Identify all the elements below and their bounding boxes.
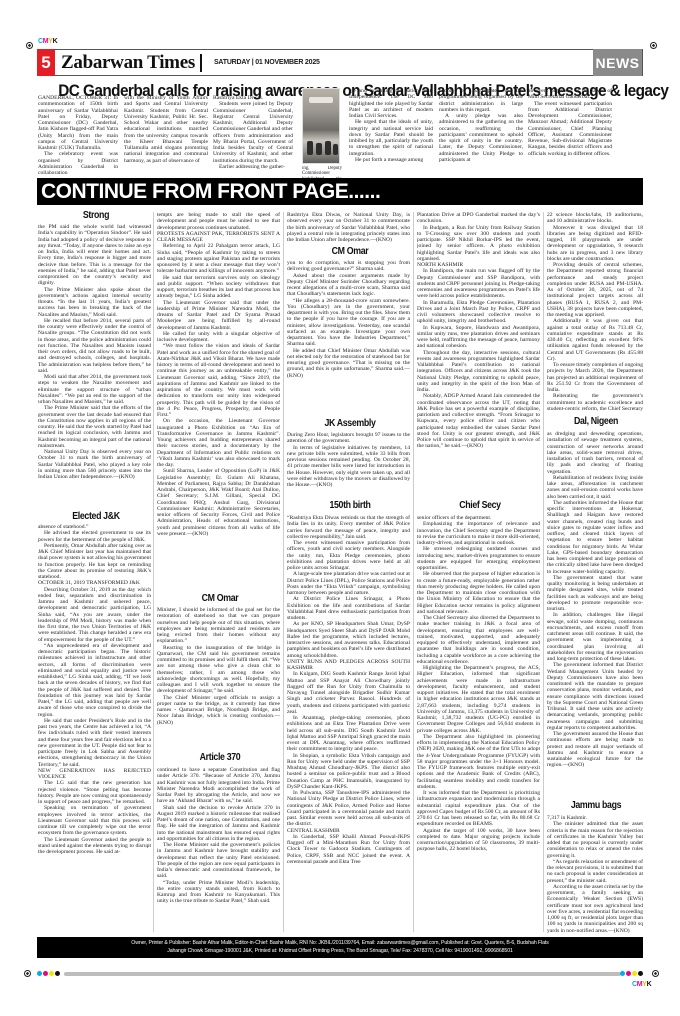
paragraph: Speaking on termination of government em… bbox=[38, 805, 151, 836]
paragraph: GANDERBAL, OCTOBER 31: In commemoration … bbox=[38, 95, 118, 151]
lead-story-col-1: GANDERBAL, OCTOBER 31: In commemoration … bbox=[38, 95, 118, 175]
paragraph: Rashtriya Ekta Diwas, or National Unity … bbox=[287, 212, 410, 243]
paragraph: Referring to April 22 Pahalgam terror at… bbox=[157, 243, 280, 274]
paragraph: A unity pledge was also administered to … bbox=[439, 113, 523, 163]
masthead-divider bbox=[200, 54, 202, 72]
section-heading-cm-omar-1: CM Omar bbox=[169, 593, 271, 604]
paragraph: Minister, I should be informed of the go… bbox=[157, 607, 280, 645]
paragraph: As per KNO, SP Headquarters Shah Umar, D… bbox=[287, 621, 410, 659]
registration-mark-bottom-right bbox=[652, 970, 659, 977]
section-body-article-370: continued to have a separate Constitutio… bbox=[157, 767, 280, 934]
section-body-elected-jk: absence of statehood.”He advised the ele… bbox=[38, 524, 151, 934]
lead-story-col-5: gle and in uniting the nation post-Indep… bbox=[349, 88, 433, 175]
paragraph: The event witnessed massive participatio… bbox=[287, 540, 410, 571]
issue-month-year: NOVEMBER 2025 bbox=[264, 59, 319, 66]
paragraph: The event witnessed participation from A… bbox=[528, 101, 612, 157]
imprint-line-1: Owner, Printer & Publisher: Bashir Athar… bbox=[37, 940, 643, 948]
publisher-imprint: Owner, Printer & Publisher: Bashir Athar… bbox=[37, 937, 643, 958]
yellow-swatch bbox=[49, 971, 54, 976]
paragraph: the PM said the whole world had witnesse… bbox=[38, 224, 151, 287]
paragraph: The Home Minister said the government’s … bbox=[157, 842, 280, 880]
photo-banner bbox=[309, 97, 333, 103]
paragraph: In Kulgam, DIG South Kashmir Range Javid… bbox=[287, 671, 410, 715]
photo-figure bbox=[307, 141, 313, 155]
paragraph: “As regards relaxation or amendment of t… bbox=[547, 859, 643, 884]
section-heading-jk-assembly: JK Assembly bbox=[299, 418, 401, 429]
paragraph: He recalled that before 2014, several pa… bbox=[38, 318, 151, 374]
section-body-jammu-bags: 7,317 in Kashmir.The minister admitted t… bbox=[547, 815, 643, 934]
paragraph: In Kupwara, Sopore, Handwara and Awantip… bbox=[417, 325, 540, 350]
yellow-swatch bbox=[632, 971, 637, 976]
paragraph: an event organised at the lawns of Mini … bbox=[528, 88, 612, 101]
paragraph: The LG said that the new generation has … bbox=[38, 780, 151, 805]
column-rule bbox=[413, 212, 414, 932]
paragraph: “Rashtriya Ekta Diwas reminds us that th… bbox=[287, 515, 410, 540]
paragraph: Against the target of 100 works, 30 have… bbox=[417, 828, 540, 853]
paragraph: At District Police Lines Srinagar, a Pho… bbox=[287, 596, 410, 621]
paragraph: “An unprecedented era of development and… bbox=[38, 643, 151, 718]
section-body-cm-omar-2: you to do corruption, what is stopping y… bbox=[287, 260, 410, 386]
registration-mark-bottom-left bbox=[24, 970, 31, 977]
section-heading-jammu-bags: Jammu bags bbox=[556, 800, 637, 811]
paragraph: In Pulwama, SSP Tanushree-IPS administer… bbox=[287, 790, 410, 828]
paragraph: The authorities informed the House that … bbox=[547, 500, 643, 575]
paragraph: ing, Deputy Commissioner highlighted the… bbox=[302, 166, 342, 178]
magenta-swatch bbox=[43, 971, 48, 976]
paragraph: The Chief Minister urged officials to as… bbox=[157, 695, 280, 726]
paragraph: National Unity Day is observed every yea… bbox=[38, 449, 151, 480]
paragraph: The government informed that District We… bbox=[547, 662, 643, 731]
paragraph: gle and in uniting the nation post-Indep… bbox=[349, 88, 433, 119]
section-body-column4-top: Plantation Drive at DPO Ganderbal marked… bbox=[417, 212, 540, 499]
paragraph: Highlighting the Department’s progress, … bbox=[417, 665, 540, 734]
paragraph: The government stated that water quality… bbox=[547, 575, 643, 613]
section-heading-150th-birth: 150th birth bbox=[299, 500, 401, 511]
paragraph: In terms of legislative initiatives by m… bbox=[287, 445, 410, 489]
column-rule bbox=[153, 212, 154, 932]
paragraph: Reacting to the inauguration of the brid… bbox=[157, 645, 280, 695]
paragraph: He put forth a message among bbox=[349, 157, 433, 163]
color-bar-right bbox=[620, 971, 643, 976]
paragraph: To ensure timely completion of ongoing p… bbox=[547, 362, 643, 393]
paragraph: The Chief Secretary also directed the De… bbox=[417, 615, 540, 665]
paragraph: The minister admitted that the asset cri… bbox=[547, 821, 643, 859]
black-swatch bbox=[55, 971, 60, 976]
black-swatch bbox=[638, 971, 643, 976]
paragraph: continued to have a separate Constitutio… bbox=[157, 767, 280, 805]
section-body-column2-top: tempts are being made to stall the speed… bbox=[157, 212, 280, 626]
paragraph: “We must follow the vision and ideals of… bbox=[157, 343, 280, 418]
paragraph: Reiterating the government’s commitment … bbox=[547, 393, 643, 411]
paragraph: UNITY RUNS AND PLEDGES ACROSS SOUTH KASH… bbox=[287, 659, 410, 672]
paragraph: Plantation Drive at DPO Ganderbal marked… bbox=[417, 212, 540, 225]
cyan-swatch bbox=[37, 971, 42, 976]
section-body-chief-secy: senior officers of the department.Emphas… bbox=[417, 515, 540, 934]
registration-mark-top-right bbox=[650, 42, 657, 49]
section-body-150th-birth: “Rashtriya Ekta Diwas reminds us that th… bbox=[287, 515, 410, 934]
paragraph: The celebratory event was organised by D… bbox=[38, 151, 118, 175]
paragraph: He observed that the purpose of higher e… bbox=[417, 571, 540, 615]
paragraph: In Ganderbal, SSP Khalil Ahmad Poswal-JK… bbox=[287, 834, 410, 865]
cmyk-label-top: CMYK bbox=[38, 38, 57, 45]
grey-density-bar bbox=[64, 972, 621, 976]
photo-figure bbox=[316, 143, 322, 155]
paragraph: He said that under President’s Rule and … bbox=[38, 718, 151, 768]
section-heading-dal-nigeen: Dal, Nigeen bbox=[556, 416, 637, 427]
paragraph: In Anantnag, pledge-taking ceremonies, p… bbox=[287, 715, 410, 753]
section-heading-article-370: Article 370 bbox=[169, 752, 271, 763]
section-heading-cm-omar-2: CM Omar bbox=[299, 246, 401, 257]
section-body-jk-assembly: During Zero Hour, legislators brought 97… bbox=[287, 432, 410, 496]
paragraph: with the Ministry of Youth Affairs and S… bbox=[124, 95, 208, 164]
paragraph: OCTOBER 31, 2019 TRANSFORMED J&K bbox=[38, 580, 151, 586]
paragraph: He called for unity with a singular obje… bbox=[157, 331, 280, 344]
section-body-column3-top: Rashtriya Ekta Diwas, or National Unity … bbox=[287, 212, 410, 246]
magenta-swatch bbox=[626, 971, 631, 976]
paragraph: On the occasion, the Lieutenant Governor… bbox=[157, 418, 280, 468]
paragraph: Emphasizing the importance of relevance … bbox=[417, 521, 540, 546]
continue-from-front-page-banner: CONTINUE FROM FRONT PAGE...... bbox=[37, 178, 643, 205]
paragraph: 22 science blocks/labs, 19 auditoriums, … bbox=[547, 212, 643, 225]
paragraph: Rehabilitation of residents living insid… bbox=[547, 475, 643, 500]
paragraph: In Budgam, a Run for Unity from Railway … bbox=[417, 225, 540, 263]
paragraph: Notably, ADGP Armed Anand Jain commended… bbox=[417, 393, 540, 449]
paragraph: Moreover it was divulged that 18 librari… bbox=[547, 225, 643, 263]
section-body-cm-omar-1: Minister, I should be informed of the go… bbox=[157, 607, 280, 755]
paragraph: In Bandipora, the main run was flagged o… bbox=[417, 268, 540, 299]
newspaper-name: Zabarwan Times bbox=[61, 52, 195, 74]
paragraph: The Department also highlighted its pion… bbox=[417, 734, 540, 790]
column-rule bbox=[283, 212, 284, 932]
imprint-line-2: Jahangir Chowk Srinagar-190001 J&K, Prin… bbox=[37, 948, 643, 956]
unity-march-photo bbox=[302, 88, 340, 164]
lead-story-col-6: people to participate in the programmes … bbox=[439, 88, 523, 175]
paragraph: He said that terrorism survives only on … bbox=[157, 275, 280, 300]
paragraph: tempts are being made to stall the speed… bbox=[157, 212, 280, 231]
paragraph: Pertinently, Omar Abdullah after taking … bbox=[38, 543, 151, 581]
paragraph: The Prime Minister said that the efforts… bbox=[38, 405, 151, 449]
section-heading-elected-jk: Elected J&K bbox=[48, 511, 143, 522]
paragraph: In addition, challenges like illegal sew… bbox=[547, 612, 643, 662]
cyan-swatch bbox=[620, 971, 625, 976]
section-heading-strong: Strong bbox=[48, 210, 143, 221]
paragraph: Asked about the counter arguments made b… bbox=[287, 273, 410, 298]
cmyk-label-bottom: CMYK bbox=[632, 981, 651, 988]
paragraph: Additionally it was given out that again… bbox=[547, 318, 643, 362]
paragraph: In Baramulla, Ekta Pledge Ceremonies, Pl… bbox=[417, 300, 540, 325]
paragraph: Sunil Sharma, Leader of Opposition (LoP)… bbox=[157, 468, 280, 537]
section-heading-chief-secy: Chief Secy bbox=[429, 500, 531, 511]
issue-date-number: 01 bbox=[255, 59, 262, 66]
paragraph: He advised the elected government to use… bbox=[38, 530, 151, 543]
paragraph: Describing October 31, 2019 as the day w… bbox=[38, 587, 151, 643]
registration-mark-top-left bbox=[26, 42, 33, 49]
photo-figure bbox=[325, 141, 331, 155]
paragraph: The Lieutenant Governor said that under … bbox=[157, 300, 280, 331]
lead-story-col-3: Rashtriya Ekta Diwas.Students were joine… bbox=[213, 95, 293, 175]
masthead: 5 Zabarwan Times SATURDAY | 01 NOVEMBER … bbox=[37, 49, 643, 76]
paragraph: He added that Chief Minister Omar Abdull… bbox=[287, 348, 410, 379]
paragraph: The Prime Minister also spoke about the … bbox=[38, 287, 151, 318]
paragraph: people to participate in the programmes … bbox=[439, 88, 523, 113]
paragraph: NEW GENERATION HAS REJECTED VIOLENCE bbox=[38, 768, 151, 781]
paragraph: “Today, under Prime Minister Modi’s lead… bbox=[157, 880, 280, 905]
paragraph: Modi said that after 2014, the governmen… bbox=[38, 374, 151, 405]
paragraph: According to the asset criteria set by t… bbox=[547, 884, 643, 934]
section-tag: NEWS bbox=[593, 49, 642, 76]
paragraph: Throughout the day, interactive sessions… bbox=[417, 350, 540, 394]
paragraph: Shah said the decision to revoke Article… bbox=[157, 805, 280, 843]
paragraph: The Lieutenant Governor asked the people… bbox=[38, 837, 151, 856]
paragraph: He stressed redesigning outdated courses… bbox=[417, 546, 540, 571]
issue-date: SATURDAY | 01 NOVEMBER 2025 bbox=[214, 59, 320, 66]
paragraph: you to do corruption, what is stopping y… bbox=[287, 260, 410, 273]
lead-story-col-4: ing, Deputy Commissioner highlighted the… bbox=[302, 166, 342, 178]
section-body-dal-nigeen: as dredging and deweeding operations, in… bbox=[547, 431, 643, 803]
lead-story-col-2: with the Ministry of Youth Affairs and S… bbox=[124, 95, 208, 175]
paragraph: A large-scale tree plantation drive was … bbox=[287, 571, 410, 596]
page-number: 5 bbox=[37, 49, 55, 76]
paragraph: PROTESTS AGAINST PAK, TERRORISTS SENT A … bbox=[157, 231, 280, 244]
paragraph: Students were joined by Deputy Commissio… bbox=[213, 101, 293, 164]
color-bar-left bbox=[37, 971, 60, 976]
column-rule bbox=[543, 212, 544, 932]
paragraph: In Shopian, a symbolic Ekta Vriksh campa… bbox=[287, 753, 410, 791]
paragraph: He urged that the ideals of unity, integ… bbox=[349, 119, 433, 157]
issue-day: SATURDAY bbox=[214, 59, 250, 66]
paragraph: The government assured the House that co… bbox=[547, 731, 643, 769]
section-body-column5-top: 22 science blocks/labs, 19 auditoriums, … bbox=[547, 212, 643, 411]
paragraph: Earlier addressing the gather- bbox=[213, 164, 293, 170]
section-body-strong: the PM said the whole world had witnesse… bbox=[38, 224, 151, 514]
lead-story-col-7: an event organised at the lawns of Mini … bbox=[528, 88, 612, 175]
paragraph: as dredging and deweeding operations, in… bbox=[547, 431, 643, 475]
photo-figure bbox=[333, 144, 338, 155]
paragraph: Providing details of central schemes, th… bbox=[547, 262, 643, 318]
paragraph: It was informed that the Department is p… bbox=[417, 790, 540, 828]
paragraph: “He alleges a 28-thousand-crore scam som… bbox=[287, 298, 410, 348]
paragraph: During Zero Hour, legislators brought 97… bbox=[287, 432, 410, 445]
